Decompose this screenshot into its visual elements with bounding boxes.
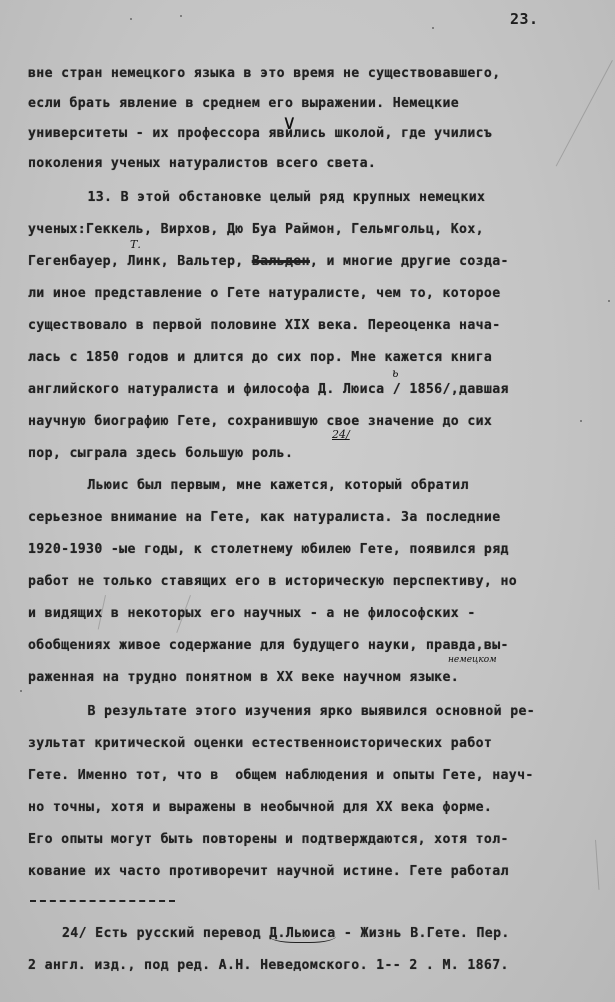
scanned-document-page: 23. вне стран немецкого языка в это врем… xyxy=(0,0,615,1002)
text-line: Гете. Именно тот, что в общем наблюдения… xyxy=(28,768,534,783)
text-segment: , и многие другие созда- xyxy=(310,254,509,269)
scan-speck xyxy=(130,18,132,20)
footnote-separator xyxy=(30,900,175,902)
handwritten-insert-T: Т. xyxy=(130,238,141,251)
scan-speck xyxy=(180,15,182,17)
text-line: университеты - их профессора явились шко… xyxy=(28,126,492,141)
handwritten-insert-mark: ∨ xyxy=(282,110,297,134)
text-line: пор, сыграла здесь большую роль. xyxy=(28,446,293,461)
page-number: 23. xyxy=(510,10,539,28)
text-line: раженная на трудно понятном в XX веке на… xyxy=(28,670,459,685)
text-line: но точны, хотя и выражены в необычной дл… xyxy=(28,800,492,815)
text-line: поколения ученых натуралистов всего свет… xyxy=(28,156,376,171)
footnote-marker: 24/ xyxy=(62,926,87,941)
handwritten-correction: ь xyxy=(392,366,399,380)
scan-speck xyxy=(580,420,582,422)
paper-crease xyxy=(595,840,599,890)
paper-crease xyxy=(556,60,613,166)
text-line: 1920-1930 -ые годы, к столетнему юбилею … xyxy=(28,542,509,557)
handwritten-footnote-ref: 24/ xyxy=(332,428,350,441)
footnote-line: 2 англ. изд., под ред. А.Н. Неведомского… xyxy=(28,958,509,973)
text-line: Льюис был первым, мне кажется, который о… xyxy=(46,478,469,493)
text-line: и видящих в некоторых его научных - а не… xyxy=(28,606,476,621)
text-line: ученых:Геккель, Вирхов, Дю Буа Раймон, Г… xyxy=(28,222,484,237)
text-line: научную биографию Гете, сохранившую свое… xyxy=(28,414,492,429)
handwritten-insert-word: немецком xyxy=(448,655,497,665)
text-line: вне стран немецкого языка в это время не… xyxy=(28,66,501,81)
struck-out-word: Вальден xyxy=(252,254,310,269)
text-line: английского натуралиста и философа Д. Лю… xyxy=(28,382,509,397)
text-line: зультат критической оценки естественноис… xyxy=(28,736,492,751)
text-line: Его опыты могут быть повторены и подтвер… xyxy=(28,832,509,847)
scan-speck xyxy=(20,690,22,692)
text-segment: Есть русский перевод xyxy=(95,926,269,941)
text-line: 13. В этой обстановке целый ряд крупных … xyxy=(46,190,485,205)
footnote-line: 24/ Есть русский перевод Д.Льюиса - Жизн… xyxy=(62,926,510,941)
text-line: ли иное представление о Гете натуралисте… xyxy=(28,286,501,301)
text-line: В результате этого изучения ярко выявилс… xyxy=(46,704,535,719)
text-line-with-strike: Гегенбауер, Линк, Вальтер, Вальден, и мн… xyxy=(28,254,509,269)
underlined-author: Д.Льюиса xyxy=(269,926,335,943)
text-line: если брать явление в среднем его выражен… xyxy=(28,96,459,111)
scan-speck xyxy=(608,300,610,302)
text-segment: Гегенбауер, Линк, Вальтер, xyxy=(28,254,252,269)
scan-speck xyxy=(432,27,434,29)
text-line: серьезное внимание на Гете, как натурали… xyxy=(28,510,501,525)
text-line: лась с 1850 годов и длится до сих пор. М… xyxy=(28,350,492,365)
text-line: работ не только ставящих его в историчес… xyxy=(28,574,517,589)
text-segment: - Жизнь В.Гете. Пер. xyxy=(336,926,510,941)
text-line: обобщениях живое содержание для будущего… xyxy=(28,638,509,653)
text-line: кование их часто противоречит научной ис… xyxy=(28,864,509,879)
text-line: существовало в первой половине XIX века.… xyxy=(28,318,501,333)
